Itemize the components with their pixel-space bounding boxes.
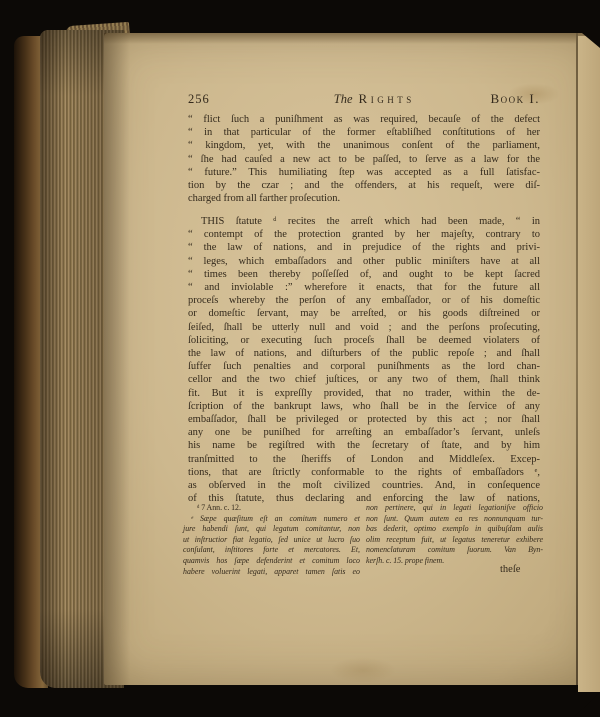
footnote-line: non ſunt. Quum autem ea res nonnunquam t… xyxy=(366,514,543,525)
text-line: “ contempt of the protection granted by … xyxy=(188,228,540,241)
text-line: cellor and the two chief juſtices, or an… xyxy=(188,373,540,386)
text-line: his name be regiſtred with the ſecretary… xyxy=(188,439,540,452)
text-line: fit. But it is expreſſly provided, that … xyxy=(188,387,540,400)
text-line: tranſmitted to the ſheriffs of London an… xyxy=(188,453,540,466)
footnote-line: habere voluerint legati, apparet tamen ſ… xyxy=(183,567,360,578)
text-line: THIS ſtatute ᵈ recites the arreſt which … xyxy=(188,215,540,228)
text-line: the law of nations, and diſturbers of th… xyxy=(188,347,540,360)
text-line: tion by the czar ; and the offenders, at… xyxy=(188,179,540,192)
text-line: “ ſhe had cauſed a new act to be paſſed,… xyxy=(188,153,540,166)
text-line: proceſs whereby the perſon of any embaſſ… xyxy=(188,294,540,307)
text-line: “ kingdom, yet, with the unanimous conſe… xyxy=(188,139,540,152)
footnote-line: bas dederit, optimo exemplo in quibuſdam… xyxy=(366,524,543,535)
footnote-line: conſulant, inſtitores forte et mercatore… xyxy=(183,545,360,556)
footnote-line: jure habendi ſunt, qui legatum comitantu… xyxy=(183,524,360,535)
footnote-line: nomenclaturam comitum ſuorum. Van Byn- xyxy=(366,545,543,556)
text-line: or domeſtic ſervant, may be arreſted, or… xyxy=(188,307,540,320)
book-page: 256 TheRights Book I. “ flict ſuch a pun… xyxy=(104,33,600,685)
text-line: “ leges, which embaſſadors and other pub… xyxy=(188,255,540,268)
text-line: embaſſador, ſhall be privileged or prote… xyxy=(188,413,540,426)
text-line: charged from all farther proſecution. xyxy=(188,192,540,205)
text-line: as obſerved in the moſt civilized countr… xyxy=(188,479,540,492)
text-line: “ in that particular of the former eſtab… xyxy=(188,126,540,139)
text-line: “ future.” This humiliating ſtep was acc… xyxy=(188,166,540,179)
book-photo: 256 TheRights Book I. “ flict ſuch a pun… xyxy=(0,0,600,717)
text-line: “ the law of nations, and in prejudice o… xyxy=(188,241,540,254)
paragraph-czar-satisfaction: “ flict ſuch a puniſhment as was require… xyxy=(188,113,540,205)
page-header: 256 TheRights Book I. xyxy=(188,91,540,107)
page-number: 256 xyxy=(188,92,258,107)
book-label: Book I. xyxy=(491,91,541,107)
text-line: tions, that are ſtrictly conformable to … xyxy=(188,466,540,479)
footnote-left-column: ᵈ 7 Ann. c. 12.ᵉ Sæpe quæſitum eſt an co… xyxy=(183,503,360,577)
running-title-main: Rights xyxy=(359,91,415,106)
footnote-line: ᵈ 7 Ann. c. 12. xyxy=(183,503,360,514)
footnote-line: olim receptum fuit, ut legatus teneretur… xyxy=(366,535,543,546)
page-stain xyxy=(330,657,396,683)
footnote-line: ut inſtructior fiat legatio, ſed unice u… xyxy=(183,535,360,546)
text-line: ſcription of the bankrupt laws, who ſhal… xyxy=(188,400,540,413)
text-line: any one be puniſhed for arreſting an emb… xyxy=(188,426,540,439)
text-line: “ flict ſuch a puniſhment as was require… xyxy=(188,113,540,126)
text-line: “ and inviolable :” wherefore it enacts,… xyxy=(188,281,540,294)
text-line: ſoliciting, or executing ſuch proceſs ſh… xyxy=(188,334,540,347)
text-line: “ times been thereby poſſeſſed of, and o… xyxy=(188,268,540,281)
footnote-line: ᵉ Sæpe quæſitum eſt an comitum numero et xyxy=(183,514,360,525)
running-title-prefix: The xyxy=(334,92,353,106)
footnote-line: quamvis hos ſæpe defenderint et comitum … xyxy=(183,556,360,567)
text-line: ſuffer ſuch penalties and corporal puniſ… xyxy=(188,360,540,373)
running-title: TheRights xyxy=(258,91,491,107)
text-line: ſeiſed, ſhall be utterly null and void ;… xyxy=(188,321,540,334)
adjacent-page-edge xyxy=(578,36,600,692)
paragraph-statute: THIS ſtatute ᵈ recites the arreſt which … xyxy=(188,215,540,505)
footnote-line: non pertinere, qui in legati legationiſv… xyxy=(366,503,543,514)
footnote-right-column: non pertinere, qui in legati legationiſv… xyxy=(366,503,543,567)
catchword: theſe xyxy=(500,564,520,575)
